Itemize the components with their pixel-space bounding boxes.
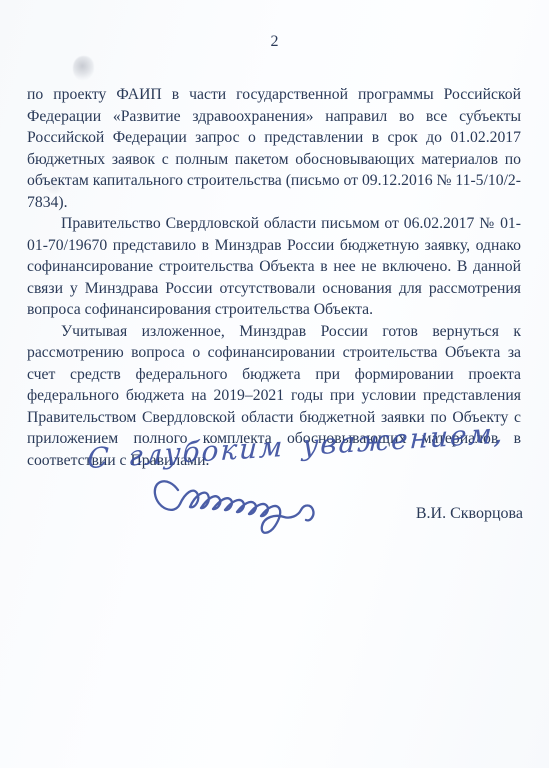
scanned-letter-page: 2 по проекту ФАИП в части государственно… <box>0 0 549 768</box>
signer-name: В.И. Скворцова <box>416 505 523 523</box>
letter-body: по проекту ФАИП в части государственной … <box>27 84 521 471</box>
page-number: 2 <box>0 33 549 51</box>
signature-ink-scribble <box>148 474 364 544</box>
paragraph-sverdlovsk-application: Правительство Свердловской области письм… <box>27 213 521 321</box>
paragraph-faip-request: по проекту ФАИП в части государственной … <box>27 84 521 213</box>
scan-artifact-smudge <box>73 56 94 81</box>
